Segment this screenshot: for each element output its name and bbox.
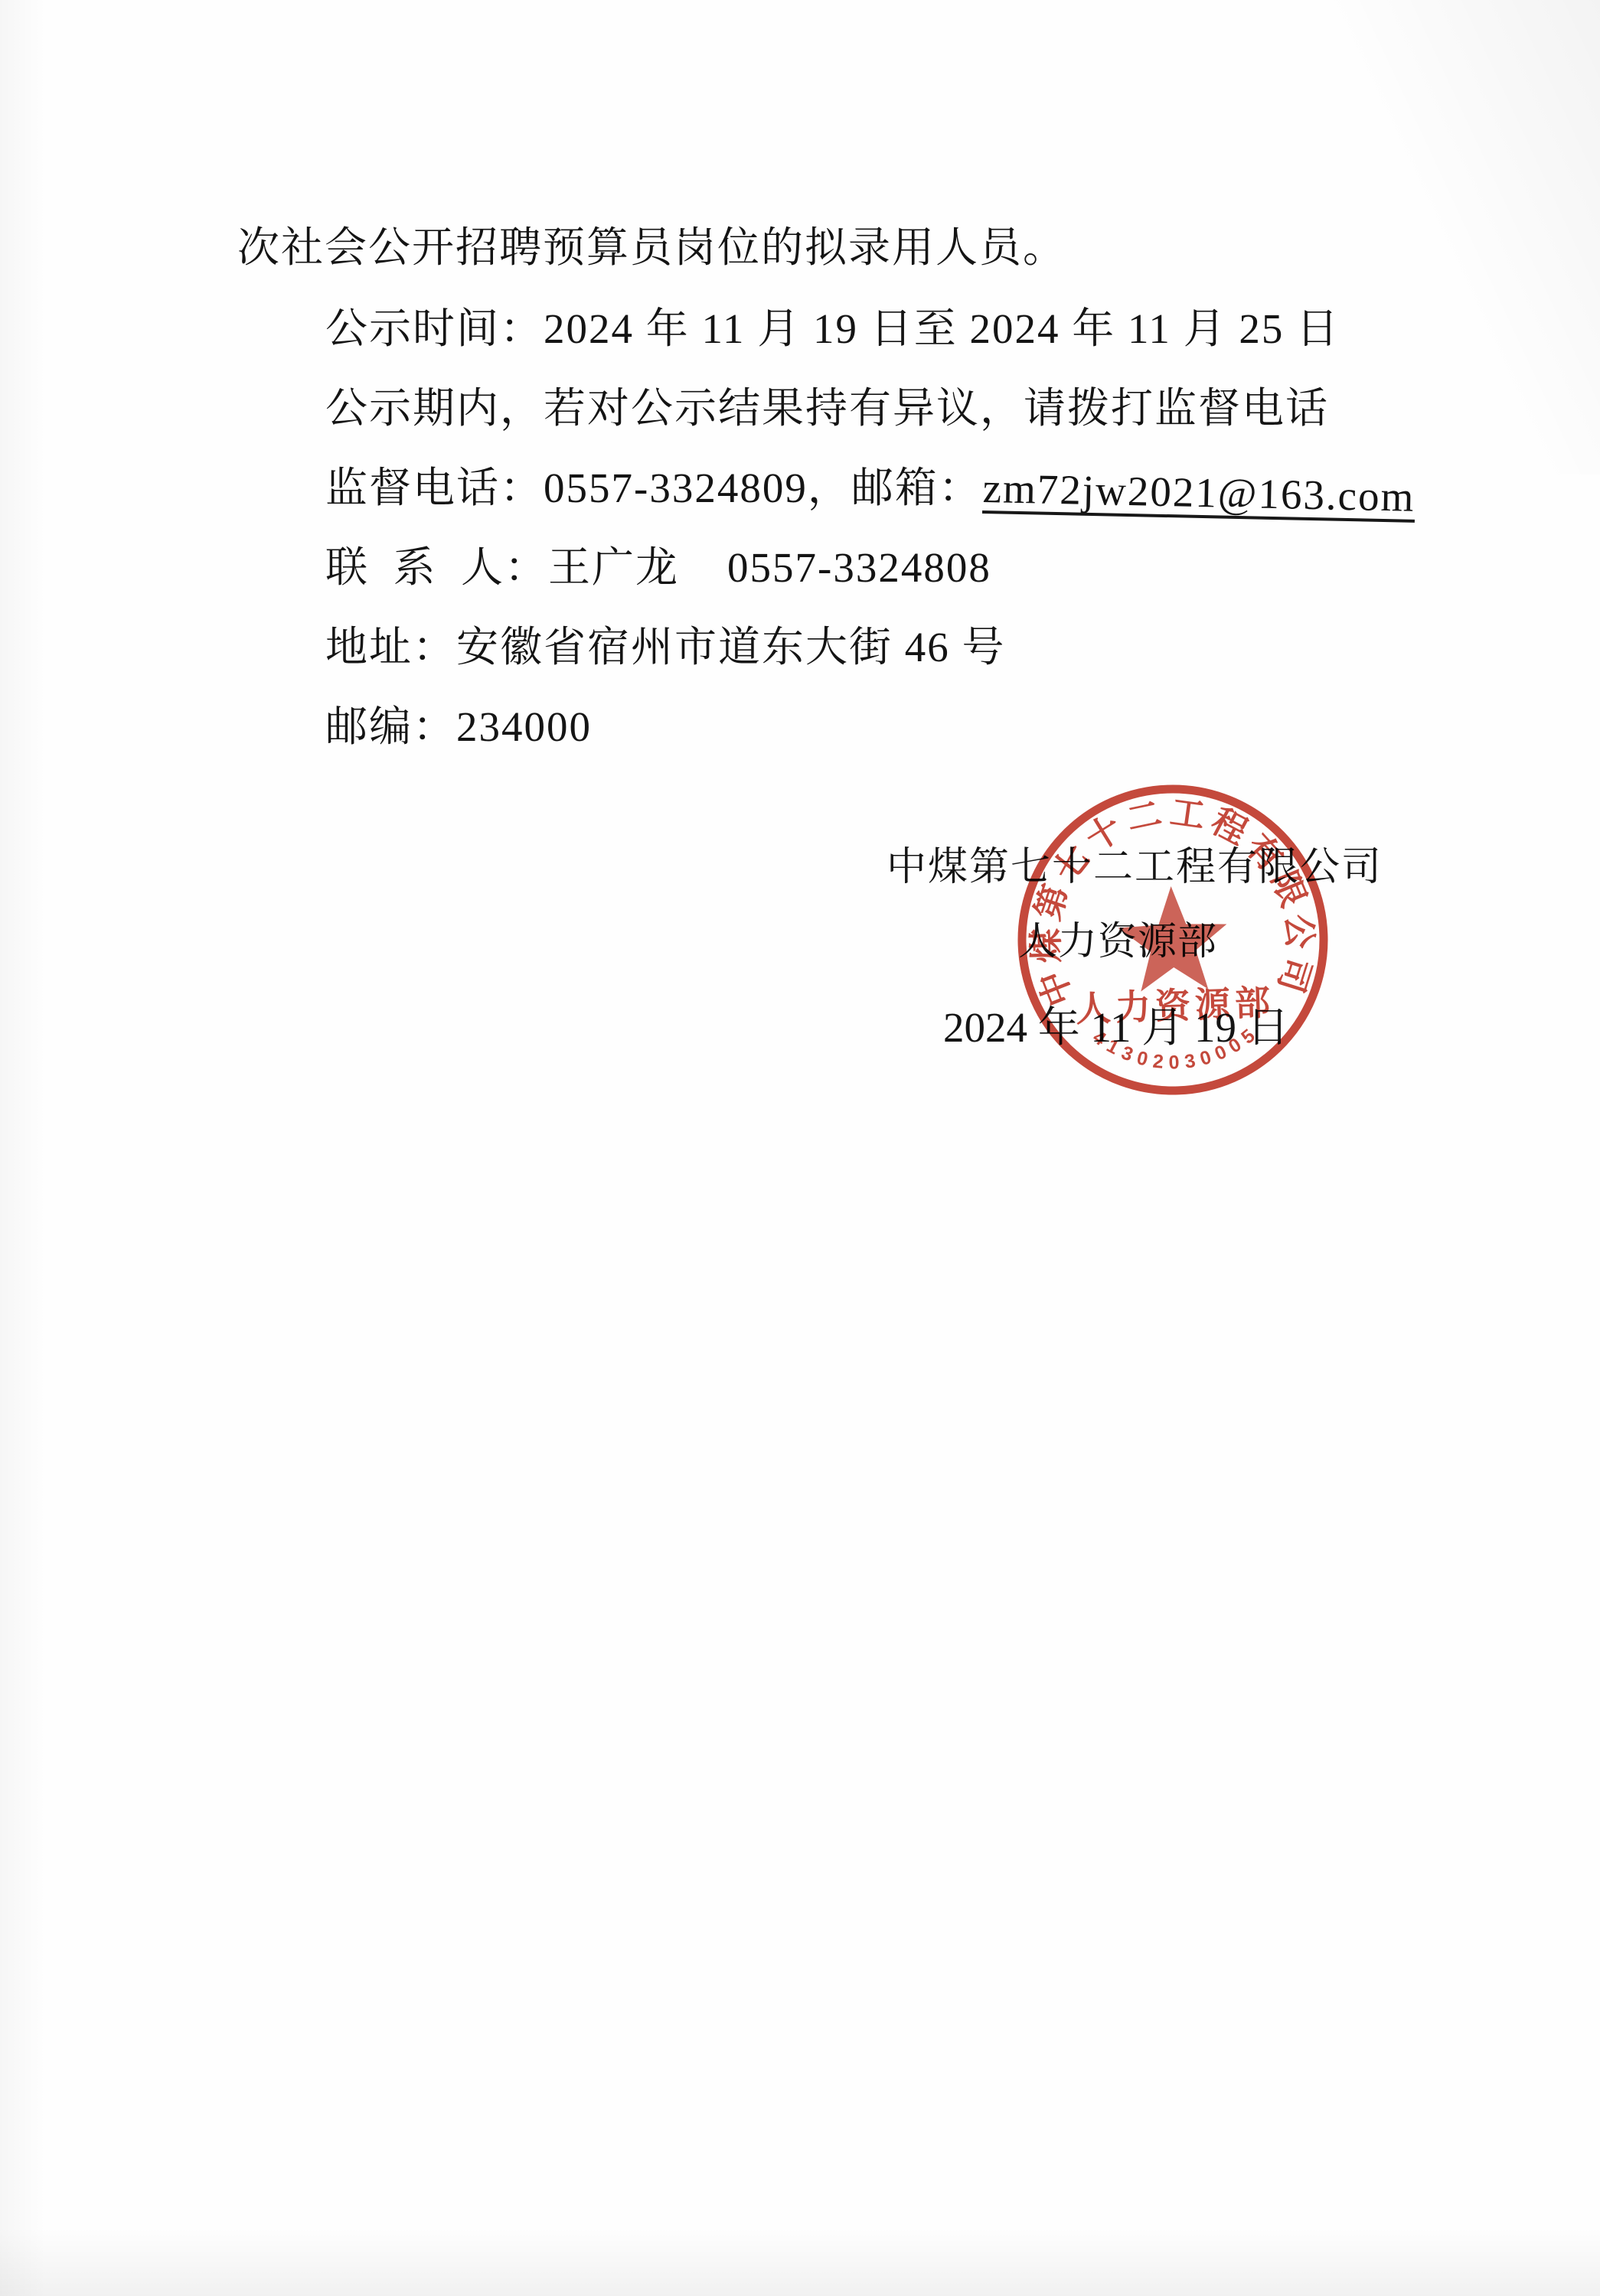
seal-star-icon — [1117, 885, 1229, 993]
supervision-phone-line: 监督电话：0557-3324809，邮箱：zm72jw2021@163.com — [325, 467, 1415, 514]
company-seal-stamp: 中煤第七十二工程有限公司 人力资源部 41302030005 — [1007, 774, 1339, 1106]
scan-shadow-left — [0, 0, 46, 2296]
contact-person-line: 联 系 人：王广龙 0557-3324808 — [325, 546, 991, 589]
scanned-document-page: 次社会公开招聘预算员岗位的拟录用人员。 公示时间：2024 年 11 月 19 … — [0, 0, 1600, 2296]
supervision-phone-label: 监督电话：0557-3324809，邮箱： — [325, 465, 982, 511]
postcode-line: 邮编：234000 — [325, 706, 592, 748]
address-line: 地址：安徽省宿州市道东大街 46 号 — [325, 626, 1006, 668]
scan-shadow-bottom — [0, 2227, 1600, 2296]
objection-notice-line: 公示期内，若对公示结果持有异议，请拨打监督电话 — [325, 387, 1329, 429]
seal-department-text: 人力资源部 — [1075, 982, 1275, 1029]
intro-sentence: 次社会公开招聘预算员岗位的拟录用人员。 — [237, 227, 1066, 269]
supervision-email: zm72jw2021@163.com — [982, 467, 1416, 523]
seal-serial-number: 41302030005 — [1089, 1021, 1265, 1077]
publicity-period-line: 公示时间：2024 年 11 月 19 日至 2024 年 11 月 25 日 — [325, 308, 1340, 350]
